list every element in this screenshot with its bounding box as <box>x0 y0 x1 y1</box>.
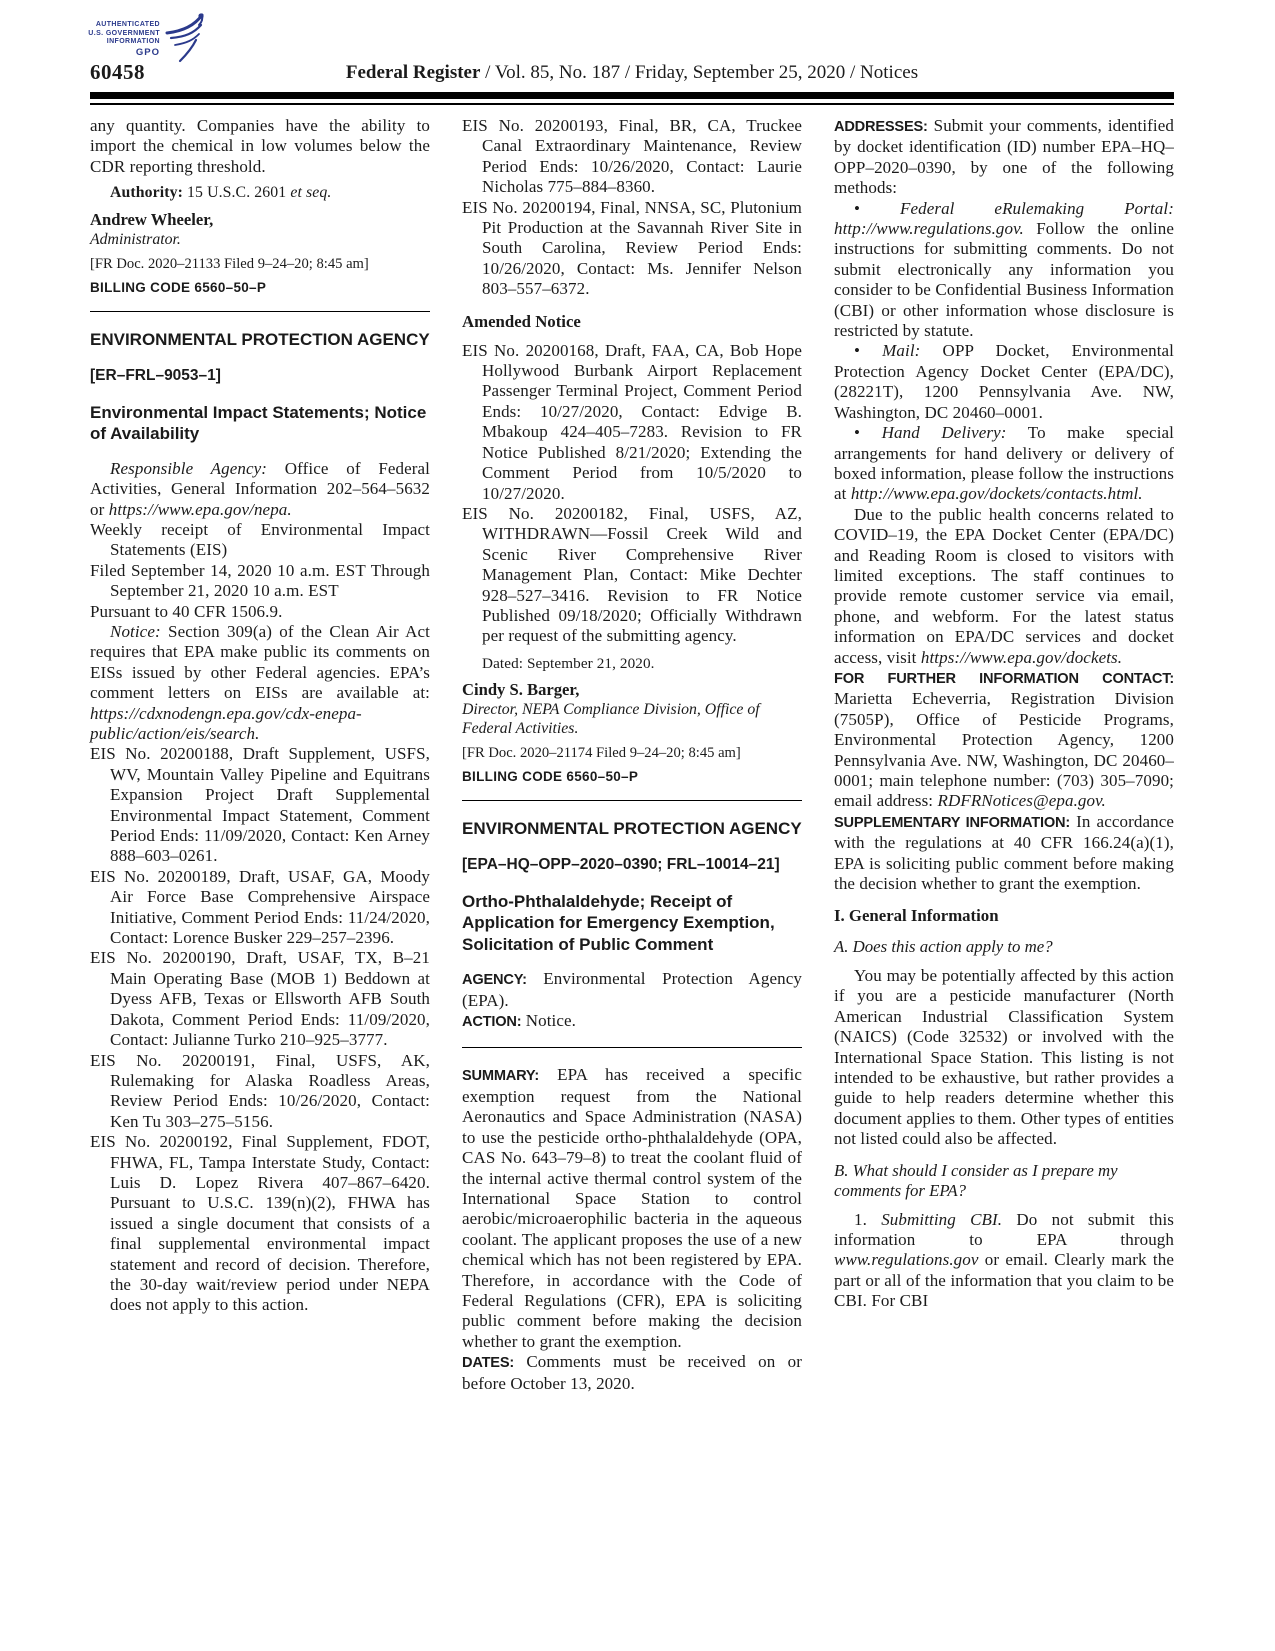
eis-entry: EIS No. 20200182, Final, USFS, AZ, WITHD… <box>462 504 802 647</box>
masthead-rule-thin <box>90 103 1174 105</box>
column-2: EIS No. 20200193, Final, BR, CA, Truckee… <box>462 116 802 1394</box>
field-label: FOR FURTHER INFORMATION CONTACT: <box>834 671 1174 687</box>
text-run: You may be potentially affected by this … <box>834 966 1174 1148</box>
docket-number: [EPA–HQ–OPP–2020–0390; FRL–10014–21] <box>462 855 802 874</box>
billing-code: BILLING CODE 6560–50–P <box>462 768 802 785</box>
text-run: EIS No. 20200191, Final, USFS, AK, Rulem… <box>90 1051 430 1131</box>
field-label: DATES: <box>462 1355 514 1371</box>
eis-entry: EIS No. 20200194, Final, NNSA, SC, Pluto… <box>462 198 802 300</box>
bold-text: Authority: <box>110 184 183 201</box>
page-number: 60458 <box>90 60 145 85</box>
eis-entry: EIS No. 20200193, Final, BR, CA, Truckee… <box>462 116 802 198</box>
text-run: Notice. <box>521 1011 576 1030</box>
supplementary-field: SUPPLEMENTARY INFORMATION: In accordance… <box>834 812 1174 895</box>
column-3: ADDRESSES: Submit your comments, identif… <box>834 116 1174 1394</box>
dated-line: Dated: September 21, 2020. <box>462 655 802 674</box>
italic-text: http://www.epa.gov/dockets/contacts.html… <box>851 484 1143 503</box>
section-heading: I. General Information <box>834 906 1174 926</box>
text-run: EIS No. 20200182, Final, USFS, AZ, WITHD… <box>462 504 802 645</box>
italic-text: https://www.epa.gov/nepa. <box>109 500 292 519</box>
section-divider <box>90 311 430 312</box>
paragraph: any quantity. Companies have the ability… <box>90 116 430 177</box>
text-run: Due to the public health concerns relate… <box>834 505 1174 667</box>
eagle-icon <box>162 12 206 64</box>
text-run: 15 U.S.C. 2601 <box>183 184 290 201</box>
text-run: Dated: September 21, 2020. <box>482 655 655 672</box>
agency-field: AGENCY: Environmental Protection Agency … <box>462 969 802 1011</box>
masthead: 60458 Federal Register / Vol. 85, No. 18… <box>90 58 1174 88</box>
text-run: Filed September 14, 2020 10 a.m. EST Thr… <box>90 561 430 600</box>
signature-name: Andrew Wheeler, <box>90 210 430 230</box>
eis-entry: EIS No. 20200191, Final, USFS, AK, Rulem… <box>90 1051 430 1133</box>
gpo-seal-line: AUTHENTICATED <box>88 21 160 30</box>
signature-title: Director, NEPA Compliance Division, Offi… <box>462 700 802 738</box>
italic-text: https://cdxnodengn.epa.gov/cdx-enepa-pub… <box>90 704 362 743</box>
italic-text: https://www.epa.gov/dockets. <box>921 648 1122 667</box>
gpo-authentication-seal: AUTHENTICATED U.S. GOVERNMENT INFORMATIO… <box>88 12 208 64</box>
summary-divider <box>462 1047 802 1048</box>
subject-heading: Environmental Impact Statements; Notice … <box>90 402 430 445</box>
agency-heading: ENVIRONMENTAL PROTECTION AGENCY <box>462 818 802 840</box>
masthead-title-rest: / Vol. 85, No. 187 / Friday, September 2… <box>480 62 918 83</box>
text-run: EIS No. 20200194, Final, NNSA, SC, Pluto… <box>462 198 802 299</box>
field-label: ADDRESSES: <box>834 119 928 135</box>
signature-title: Administrator. <box>90 230 430 249</box>
list-line: Weekly receipt of Environmental Impact S… <box>90 520 430 561</box>
text-run: • <box>854 199 900 218</box>
addresses-field: ADDRESSES: Submit your comments, identif… <box>834 116 1174 199</box>
italic-text: RDFRNotices@epa.gov. <box>937 791 1105 810</box>
signature-name: Cindy S. Barger, <box>462 680 802 700</box>
docket-number: [ER–FRL–9053–1] <box>90 366 430 385</box>
paragraph: Due to the public health concerns relate… <box>834 505 1174 668</box>
text-run: Pursuant to 40 CFR 1506.9. <box>90 602 282 621</box>
bullet-item: • Mail: OPP Docket, Environmental Protec… <box>834 341 1174 423</box>
bullet-item: • Hand Delivery: To make special arrange… <box>834 423 1174 505</box>
list-line: Pursuant to 40 CFR 1506.9. <box>90 602 430 622</box>
eis-entry: EIS No. 20200192, Final Supplement, FDOT… <box>90 1132 430 1316</box>
text-run: • <box>854 341 882 360</box>
italic-text: et seq. <box>290 184 331 201</box>
eis-entry: EIS No. 20200188, Draft Supplement, USFS… <box>90 744 430 866</box>
authority-note: Authority: 15 U.S.C. 2601 et seq. <box>90 183 430 202</box>
masthead-rule-thick <box>90 92 1174 99</box>
page: AUTHENTICATED U.S. GOVERNMENT INFORMATIO… <box>0 0 1275 1651</box>
gpo-seal-line: U.S. GOVERNMENT <box>88 30 160 39</box>
text-columns: any quantity. Companies have the ability… <box>90 116 1174 1394</box>
text-run: EIS No. 20200190, Draft, USAF, TX, B–21 … <box>90 948 430 1049</box>
section-divider <box>462 800 802 801</box>
gpo-seal-text: AUTHENTICATED U.S. GOVERNMENT INFORMATIO… <box>88 12 160 57</box>
subsection-heading: B. What should I consider as I prepare m… <box>834 1161 1174 1202</box>
contact-field: FOR FURTHER INFORMATION CONTACT: Mariett… <box>834 668 1174 812</box>
paragraph: Notice: Section 309(a) of the Clean Air … <box>90 622 430 744</box>
paragraph: Responsible Agency: Office of Federal Ac… <box>90 459 430 520</box>
paragraph: 1. Submitting CBI. Do not submit this in… <box>834 1210 1174 1312</box>
italic-text: Responsible Agency: <box>110 459 267 478</box>
text-run: Weekly receipt of Environmental Impact S… <box>90 520 430 559</box>
text-run: EIS No. 20200193, Final, BR, CA, Truckee… <box>462 116 802 196</box>
text-run: EIS No. 20200168, Draft, FAA, CA, Bob Ho… <box>462 341 802 503</box>
action-field: ACTION: Notice. <box>462 1011 802 1032</box>
eis-entry: EIS No. 20200190, Draft, USAF, TX, B–21 … <box>90 948 430 1050</box>
field-label: ACTION: <box>462 1014 521 1030</box>
fr-doc-line: [FR Doc. 2020–21133 Filed 9–24–20; 8:45 … <box>90 255 430 273</box>
text-run: any quantity. Companies have the ability… <box>90 116 430 176</box>
eis-entry: EIS No. 20200189, Draft, USAF, GA, Moody… <box>90 867 430 949</box>
column-1: any quantity. Companies have the ability… <box>90 116 430 1394</box>
text-run: EIS No. 20200189, Draft, USAF, GA, Moody… <box>90 867 430 947</box>
masthead-title-bold: Federal Register <box>346 62 481 83</box>
italic-text: www.regulations.gov <box>834 1250 979 1269</box>
dates-field: DATES: Comments must be received on or b… <box>462 1352 802 1394</box>
gpo-abbr: GPO <box>88 49 160 58</box>
text-run: EPA has received a specific exemption re… <box>462 1065 802 1350</box>
italic-text: Submitting CBI. <box>881 1210 1002 1229</box>
text-run: EIS No. 20200192, Final Supplement, FDOT… <box>90 1132 430 1314</box>
text-run: 1. <box>854 1210 881 1229</box>
italic-text: Mail: <box>882 341 920 360</box>
field-label: SUPPLEMENTARY INFORMATION: <box>834 815 1070 831</box>
field-label: SUMMARY: <box>462 1068 539 1084</box>
fr-doc-line: [FR Doc. 2020–21174 Filed 9–24–20; 8:45 … <box>462 744 802 762</box>
summary-field: SUMMARY: EPA has received a specific exe… <box>462 1065 802 1352</box>
field-label: AGENCY: <box>462 972 527 988</box>
eis-entry: EIS No. 20200168, Draft, FAA, CA, Bob Ho… <box>462 341 802 504</box>
paragraph: You may be potentially affected by this … <box>834 966 1174 1150</box>
section-heading: Amended Notice <box>462 312 802 332</box>
subject-heading: Ortho-Phthalaldehyde; Receipt of Applica… <box>462 891 802 956</box>
italic-text: Hand Delivery: <box>882 423 1007 442</box>
text-run: • <box>854 423 882 442</box>
subsection-heading: A. Does this action apply to me? <box>834 937 1174 958</box>
bullet-item: • Federal eRulemaking Portal: http://www… <box>834 199 1174 342</box>
gpo-seal-line: INFORMATION <box>88 38 160 47</box>
italic-text: Notice: <box>110 622 161 641</box>
list-line: Filed September 14, 2020 10 a.m. EST Thr… <box>90 561 430 602</box>
masthead-title: Federal Register / Vol. 85, No. 187 / Fr… <box>90 58 1174 84</box>
agency-heading: ENVIRONMENTAL PROTECTION AGENCY <box>90 329 430 351</box>
text-run: EIS No. 20200188, Draft Supplement, USFS… <box>90 744 430 865</box>
billing-code: BILLING CODE 6560–50–P <box>90 279 430 296</box>
